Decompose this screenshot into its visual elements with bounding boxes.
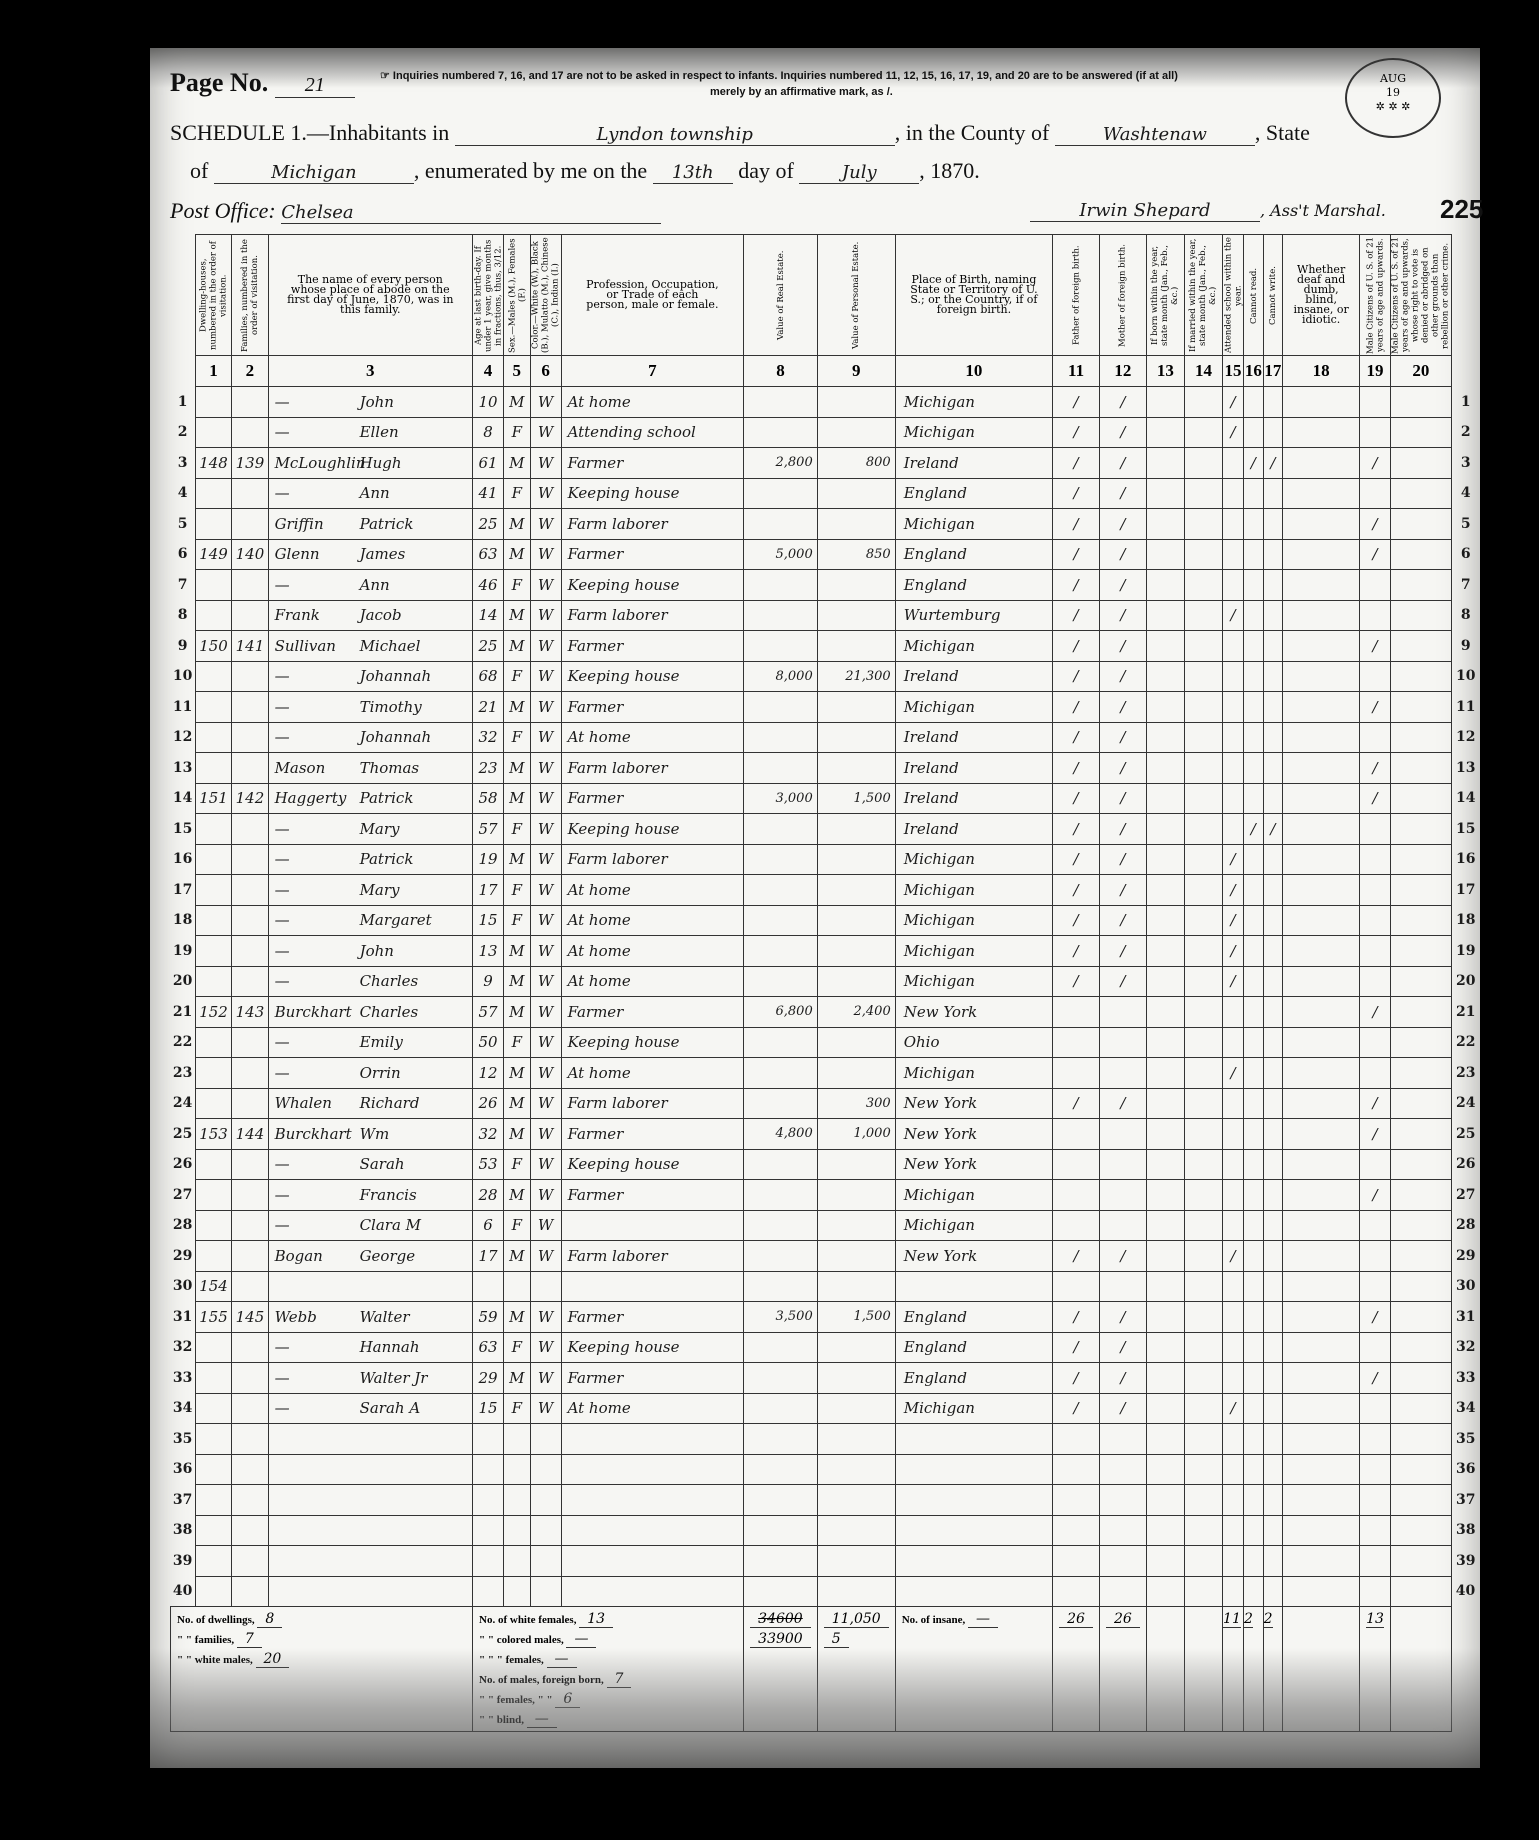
- school-mark: [1223, 478, 1244, 509]
- father-foreign-mark: /: [1053, 417, 1100, 448]
- foreign-females-value: 6: [555, 1691, 580, 1708]
- father-foreign-mark: /: [1053, 966, 1100, 997]
- vote-denied-mark: [1390, 570, 1451, 601]
- father-foreign-mark: /: [1053, 600, 1100, 631]
- citizen-mark: /: [1360, 631, 1391, 662]
- married-month: [1184, 448, 1222, 479]
- person-name: —Ann: [268, 478, 472, 509]
- page-number-value: 21: [275, 74, 355, 98]
- vote-denied-mark: [1390, 661, 1451, 692]
- line-number-left: 6: [171, 539, 196, 570]
- birthplace: Ireland: [895, 722, 1052, 753]
- state-label: , State: [1255, 120, 1310, 145]
- table-row: 10 —Johannah 68 F W Keeping house 8,000 …: [171, 661, 1480, 692]
- col19-total-value: 13: [1366, 1611, 1384, 1628]
- col-num-8: 8: [744, 356, 818, 387]
- personal-estate-value: [817, 600, 895, 631]
- citizen-mark: [1360, 722, 1391, 753]
- family-number: [232, 1332, 268, 1363]
- table-row: 26 —Sarah 53 F W Keeping house New York …: [171, 1149, 1480, 1180]
- dwelling-number: [195, 600, 232, 631]
- age: 10: [473, 387, 504, 418]
- birthplace: England: [895, 478, 1052, 509]
- mother-foreign-mark: [1099, 1210, 1146, 1241]
- color: [530, 1454, 561, 1485]
- birthplace: Michigan: [895, 844, 1052, 875]
- table-row: 15 —Mary 57 F W Keeping house Ireland / …: [171, 814, 1480, 845]
- col-16-header: Cannot read.: [1244, 235, 1264, 356]
- deaf-blind-insane: [1283, 1149, 1360, 1180]
- real-estate-value: [744, 1180, 818, 1211]
- color: W: [530, 844, 561, 875]
- given-name: Walter: [360, 1308, 410, 1326]
- table-row: 12 —Johannah 32 F W At home Ireland / / …: [171, 722, 1480, 753]
- person-name: BurckhartWm: [268, 1119, 472, 1150]
- born-month: [1146, 966, 1184, 997]
- school-mark: [1223, 753, 1244, 784]
- age: 28: [473, 1180, 504, 1211]
- family-number: [232, 844, 268, 875]
- cannot-write-mark: /: [1263, 814, 1283, 845]
- line-number-right: 18: [1451, 905, 1479, 936]
- age: 12: [473, 1058, 504, 1089]
- personal-estate-value: [817, 1271, 895, 1302]
- mother-foreign-mark: /: [1099, 936, 1146, 967]
- age: [473, 1454, 504, 1485]
- person-name: [268, 1271, 472, 1302]
- family-number: [232, 417, 268, 448]
- total-col-15: 11: [1223, 1607, 1244, 1732]
- family-number: [232, 1058, 268, 1089]
- vote-denied-mark: [1390, 539, 1451, 570]
- sex: F: [504, 905, 531, 936]
- vote-denied-mark: [1390, 1485, 1451, 1516]
- school-mark: [1223, 1302, 1244, 1333]
- married-month: [1184, 478, 1222, 509]
- age: 17: [473, 875, 504, 906]
- cannot-read-mark: /: [1244, 448, 1264, 479]
- totals-real-estate: 34600 33900: [744, 1607, 818, 1732]
- birthplace: Ireland: [895, 661, 1052, 692]
- vote-denied-mark: [1390, 1119, 1451, 1150]
- color: W: [530, 997, 561, 1028]
- vote-denied-mark: [1390, 1454, 1451, 1485]
- vote-denied-mark: [1390, 1180, 1451, 1211]
- father-foreign-mark: [1053, 1576, 1100, 1607]
- family-number: [232, 661, 268, 692]
- mother-foreign-mark: /: [1099, 753, 1146, 784]
- family-number: [232, 966, 268, 997]
- col-14-header: If married within the year, state month …: [1184, 235, 1222, 356]
- father-foreign-mark: [1053, 1180, 1100, 1211]
- personal-estate-value: [817, 1241, 895, 1272]
- surname: —: [275, 484, 360, 502]
- line-number-left: 38: [171, 1515, 196, 1546]
- occupation: Attending school: [561, 417, 744, 448]
- age: 9: [473, 966, 504, 997]
- personal-estate-value: [817, 631, 895, 662]
- married-month: [1184, 1241, 1222, 1272]
- citizen-mark: /: [1360, 1119, 1391, 1150]
- personal-estate-value: 2,400: [817, 997, 895, 1028]
- person-name: —Sarah A: [268, 1393, 472, 1424]
- family-number: [232, 1424, 268, 1455]
- sex: F: [504, 1393, 531, 1424]
- vote-denied-mark: [1390, 1576, 1451, 1607]
- dwelling-number: [195, 1332, 232, 1363]
- birthplace: Michigan: [895, 509, 1052, 540]
- line-number-left: 35: [171, 1424, 196, 1455]
- age: 50: [473, 1027, 504, 1058]
- family-number: [232, 1363, 268, 1394]
- mother-foreign-mark: /: [1099, 844, 1146, 875]
- white-females-label: No. of white females,: [479, 1614, 576, 1626]
- deaf-blind-insane: [1283, 1180, 1360, 1211]
- birthplace: Michigan: [895, 692, 1052, 723]
- cannot-write-mark: [1263, 753, 1283, 784]
- surname: —: [275, 881, 360, 899]
- married-month: [1184, 753, 1222, 784]
- vote-denied-mark: [1390, 600, 1451, 631]
- family-number: [232, 1210, 268, 1241]
- col-num-11: 11: [1053, 356, 1100, 387]
- married-month: [1184, 875, 1222, 906]
- citizen-mark: [1360, 1332, 1391, 1363]
- cannot-read-mark: [1244, 936, 1264, 967]
- table-row: 38 38: [171, 1515, 1480, 1546]
- citizen-mark: /: [1360, 997, 1391, 1028]
- sex: M: [504, 448, 531, 479]
- personal-estate-value: [817, 875, 895, 906]
- school-mark: /: [1223, 936, 1244, 967]
- cannot-read-mark: [1244, 1332, 1264, 1363]
- blind-label: " " blind,: [479, 1714, 524, 1726]
- born-month: [1146, 1058, 1184, 1089]
- age: 63: [473, 539, 504, 570]
- citizen-mark: /: [1360, 692, 1391, 723]
- col-num-13: 13: [1146, 356, 1184, 387]
- col-num-3: 3: [268, 356, 472, 387]
- county-field: Washtenaw: [1055, 124, 1255, 146]
- col-13-header: If born within the year, state month (Ja…: [1146, 235, 1184, 356]
- married-month: [1184, 1424, 1222, 1455]
- born-month: [1146, 722, 1184, 753]
- school-mark: [1223, 1363, 1244, 1394]
- given-name: Patrick: [360, 789, 414, 807]
- person-name: WhalenRichard: [268, 1088, 472, 1119]
- father-foreign-mark: /: [1053, 753, 1100, 784]
- vote-denied-mark: [1390, 1241, 1451, 1272]
- real-estate-value: [744, 1271, 818, 1302]
- table-row: 17 —Mary 17 F W At home Michigan / / / 1…: [171, 875, 1480, 906]
- dwelling-number: [195, 1027, 232, 1058]
- birthplace: [895, 1576, 1052, 1607]
- father-foreign-mark: /: [1053, 936, 1100, 967]
- cannot-read-mark: [1244, 692, 1264, 723]
- cannot-read-mark: [1244, 844, 1264, 875]
- line-number-left: 9: [171, 631, 196, 662]
- cannot-write-mark: [1263, 1424, 1283, 1455]
- real-estate-value: [744, 1424, 818, 1455]
- citizen-mark: [1360, 600, 1391, 631]
- age: 17: [473, 1241, 504, 1272]
- line-number-right: 28: [1451, 1210, 1479, 1241]
- sex: [504, 1454, 531, 1485]
- post-office-line: Post Office: Chelsea: [170, 198, 661, 224]
- table-row: 21 152 143 BurckhartCharles 57 M W Farme…: [171, 997, 1480, 1028]
- cannot-write-mark: [1263, 1271, 1283, 1302]
- table-row: 20 —Charles 9 M W At home Michigan / / /…: [171, 966, 1480, 997]
- table-row: 22 —Emily 50 F W Keeping house Ohio 22: [171, 1027, 1480, 1058]
- cannot-read-mark: [1244, 966, 1264, 997]
- col-4-header: Age at last birth-day. If under 1 year, …: [473, 235, 504, 356]
- father-foreign-mark: [1053, 997, 1100, 1028]
- total-col-20: [1390, 1607, 1451, 1732]
- personal-estate-value: [817, 1424, 895, 1455]
- cannot-write-mark: [1263, 1149, 1283, 1180]
- line-number-left: 1: [171, 387, 196, 418]
- schedule-label: SCHEDULE 1.—Inhabitants in: [170, 120, 449, 145]
- father-foreign-mark: /: [1053, 844, 1100, 875]
- totals-insane: No. of insane, —: [895, 1607, 1052, 1732]
- personal-estate-value: [817, 1546, 895, 1577]
- deaf-blind-insane: [1283, 966, 1360, 997]
- sex: M: [504, 783, 531, 814]
- family-number: [232, 570, 268, 601]
- color: [530, 1485, 561, 1516]
- line-number-right: 11: [1451, 692, 1479, 723]
- person-name: GriffinPatrick: [268, 509, 472, 540]
- deaf-blind-insane: [1283, 1058, 1360, 1089]
- line-number-right: 21: [1451, 997, 1479, 1028]
- family-number: [232, 936, 268, 967]
- born-month: [1146, 1241, 1184, 1272]
- col-3-header: The name of every person whose place of …: [268, 235, 472, 356]
- color: W: [530, 661, 561, 692]
- cannot-read-mark: [1244, 1210, 1264, 1241]
- deaf-blind-insane: [1283, 387, 1360, 418]
- married-month: [1184, 1454, 1222, 1485]
- line-number-right: 14: [1451, 783, 1479, 814]
- vote-denied-mark: [1390, 844, 1451, 875]
- citizen-mark: /: [1360, 1302, 1391, 1333]
- birthplace: Ohio: [895, 1027, 1052, 1058]
- deaf-blind-insane: [1283, 753, 1360, 784]
- person-name: —Timothy: [268, 692, 472, 723]
- deaf-blind-insane: [1283, 1393, 1360, 1424]
- mother-foreign-mark: [1099, 1485, 1146, 1516]
- citizen-mark: [1360, 1485, 1391, 1516]
- dwellings-label: No. of dwellings,: [177, 1614, 255, 1626]
- insane-label: No. of insane,: [902, 1614, 966, 1626]
- birthplace: Ireland: [895, 448, 1052, 479]
- deaf-blind-insane: [1283, 1424, 1360, 1455]
- citizen-mark: [1360, 1149, 1391, 1180]
- given-name: Walter Jr: [360, 1369, 428, 1387]
- given-name: Hugh: [360, 454, 402, 472]
- occupation: Keeping house: [561, 570, 744, 601]
- mother-foreign-mark: [1099, 1119, 1146, 1150]
- sex: M: [504, 966, 531, 997]
- line-number-right: 13: [1451, 753, 1479, 784]
- mother-foreign-mark: [1099, 1424, 1146, 1455]
- person-name: [268, 1546, 472, 1577]
- born-month: [1146, 448, 1184, 479]
- surname: —: [275, 698, 360, 716]
- mother-foreign-mark: [1099, 1058, 1146, 1089]
- table-row: 24 WhalenRichard 26 M W Farm laborer 300…: [171, 1088, 1480, 1119]
- surname: —: [275, 1064, 360, 1082]
- born-month: [1146, 509, 1184, 540]
- deaf-blind-insane: [1283, 1241, 1360, 1272]
- dwelling-number: 152: [195, 997, 232, 1028]
- born-month: [1146, 1576, 1184, 1607]
- given-name: Johannah: [360, 728, 432, 746]
- surname: Glenn: [275, 545, 360, 563]
- cannot-write-mark: [1263, 478, 1283, 509]
- personal-estate-total: 11,050: [824, 1611, 889, 1628]
- occupation: Farmer: [561, 692, 744, 723]
- color: W: [530, 1180, 561, 1211]
- line-number-left: 3: [171, 448, 196, 479]
- deaf-blind-insane: [1283, 448, 1360, 479]
- married-month: [1184, 783, 1222, 814]
- birthplace: New York: [895, 1088, 1052, 1119]
- vote-denied-mark: [1390, 387, 1451, 418]
- cannot-write-mark: [1263, 966, 1283, 997]
- line-number-left: 29: [171, 1241, 196, 1272]
- given-name: Ann: [360, 484, 390, 502]
- color: W: [530, 814, 561, 845]
- birthplace: Michigan: [895, 1210, 1052, 1241]
- father-foreign-mark: [1053, 1027, 1100, 1058]
- age: 29: [473, 1363, 504, 1394]
- birthplace: England: [895, 539, 1052, 570]
- personal-estate-value: [817, 936, 895, 967]
- family-number: [232, 1149, 268, 1180]
- cannot-read-mark: [1244, 1393, 1264, 1424]
- born-month: [1146, 1119, 1184, 1150]
- vote-denied-mark: [1390, 631, 1451, 662]
- sex: M: [504, 753, 531, 784]
- table-row: 40 40: [171, 1576, 1480, 1607]
- personal-estate-value: [817, 753, 895, 784]
- person-name: —Mary: [268, 875, 472, 906]
- father-foreign-mark: [1053, 1454, 1100, 1485]
- vote-denied-mark: [1390, 875, 1451, 906]
- dwelling-number: [195, 1180, 232, 1211]
- line-number-right: 6: [1451, 539, 1479, 570]
- citizen-mark: [1360, 1027, 1391, 1058]
- mother-foreign-mark: /: [1099, 905, 1146, 936]
- given-name: George: [360, 1247, 416, 1265]
- father-foreign-mark: [1053, 1485, 1100, 1516]
- personal-estate-value: [817, 966, 895, 997]
- color: W: [530, 1058, 561, 1089]
- line-number-right: 37: [1451, 1485, 1479, 1516]
- personal-estate-value: [817, 1210, 895, 1241]
- personal-estate-value: [817, 1393, 895, 1424]
- received-stamp: AUG 19 ✲ ✲ ✲: [1345, 58, 1441, 138]
- father-foreign-mark: /: [1053, 478, 1100, 509]
- sex: M: [504, 539, 531, 570]
- dwelling-number: [195, 661, 232, 692]
- born-month: [1146, 844, 1184, 875]
- married-month: [1184, 1088, 1222, 1119]
- citizen-mark: /: [1360, 1363, 1391, 1394]
- vote-denied-mark: [1390, 783, 1451, 814]
- cannot-write-mark: [1263, 570, 1283, 601]
- cannot-write-mark: [1263, 661, 1283, 692]
- person-name: —Francis: [268, 1180, 472, 1211]
- surname: Sullivan: [275, 637, 360, 655]
- married-month: [1184, 661, 1222, 692]
- citizen-mark: [1360, 387, 1391, 418]
- col16-total-value: 2: [1244, 1611, 1253, 1628]
- deaf-blind-insane: [1283, 1546, 1360, 1577]
- school-mark: /: [1223, 600, 1244, 631]
- age: 46: [473, 570, 504, 601]
- cannot-read-mark: [1244, 600, 1264, 631]
- age: 14: [473, 600, 504, 631]
- dwelling-number: [195, 722, 232, 753]
- vote-denied-mark: [1390, 1027, 1451, 1058]
- line-number-right: 23: [1451, 1058, 1479, 1089]
- dwelling-number: [195, 844, 232, 875]
- cannot-read-mark: [1244, 783, 1264, 814]
- citizen-mark: /: [1360, 1088, 1391, 1119]
- real-estate-value: 8,000: [744, 661, 818, 692]
- cannot-write-mark: [1263, 1241, 1283, 1272]
- dwelling-number: [195, 1058, 232, 1089]
- occupation: At home: [561, 387, 744, 418]
- deaf-blind-insane: [1283, 1302, 1360, 1333]
- families-label: " " families,: [177, 1634, 234, 1646]
- real-estate-value: [744, 1149, 818, 1180]
- given-name: Orrin: [360, 1064, 401, 1082]
- mother-foreign-mark: [1099, 1180, 1146, 1211]
- school-mark: /: [1223, 1393, 1244, 1424]
- birthplace: England: [895, 570, 1052, 601]
- total-col-14: [1184, 1607, 1222, 1732]
- schedule-line: SCHEDULE 1.—Inhabitants in Lyndon townsh…: [170, 120, 1310, 146]
- occupation: At home: [561, 966, 744, 997]
- sex: F: [504, 814, 531, 845]
- personal-estate-value: [817, 478, 895, 509]
- deaf-blind-insane: [1283, 1363, 1360, 1394]
- line-number-right: 15: [1451, 814, 1479, 845]
- married-month: [1184, 387, 1222, 418]
- deaf-blind-insane: [1283, 814, 1360, 845]
- family-number: [232, 1180, 268, 1211]
- color: W: [530, 1119, 561, 1150]
- surname: —: [275, 728, 360, 746]
- cannot-read-mark: [1244, 570, 1264, 601]
- family-number: [232, 814, 268, 845]
- born-month: [1146, 1210, 1184, 1241]
- birthplace: Michigan: [895, 631, 1052, 662]
- deaf-blind-insane: [1283, 478, 1360, 509]
- sex: M: [504, 600, 531, 631]
- personal-estate-value: [817, 1454, 895, 1485]
- married-month: [1184, 570, 1222, 601]
- personal-estate-value: [817, 387, 895, 418]
- birthplace: [895, 1424, 1052, 1455]
- personal-estate-value: [817, 417, 895, 448]
- colored-males-value: —: [566, 1631, 596, 1648]
- census-rows: 1 —John 10 M W At home Michigan / / / 1 …: [171, 387, 1480, 1607]
- cannot-write-mark: /: [1263, 448, 1283, 479]
